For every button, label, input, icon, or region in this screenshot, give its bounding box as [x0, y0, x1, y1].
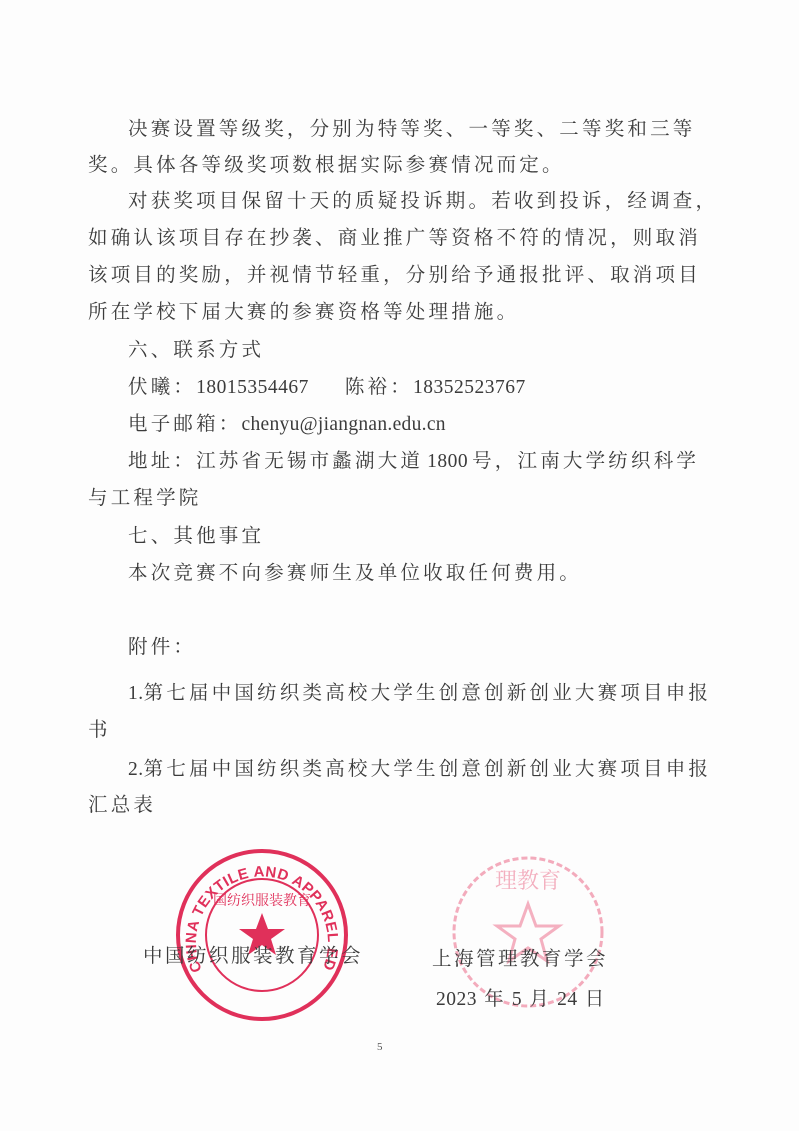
attachments-label: 附件：: [128, 634, 712, 660]
attachment-1-number: 1.: [128, 683, 144, 704]
svg-text:国纺织服装教育: 国纺织服装教育: [213, 892, 311, 909]
attachment-2-line-2: 汇总表: [88, 792, 712, 818]
email-label: 电子邮箱：: [128, 412, 242, 435]
contact1-label: 伏曦：: [128, 375, 196, 398]
document-page: 决赛设置等级奖，分别为特等奖、一等奖、二等奖和三等 奖。具体各等级奖项数根据实际…: [0, 0, 799, 1131]
complaint-paragraph-line-3: 该项目的奖励，并视情节轻重，分别给予通报批评、取消项目: [88, 262, 712, 288]
address-number: 1800: [427, 451, 468, 472]
date-year: 2023: [436, 989, 477, 1010]
seal-china-textile-apparel-education-society-icon: CHINA TEXTILE AND APPAREL EDUCATION SOCI…: [172, 845, 352, 1025]
other-section-text: 本次竞赛不向参赛师生及单位收取任何费用。: [128, 560, 712, 586]
contact-section-heading: 六、联系方式: [128, 337, 712, 363]
contact-address-line-1: 地址：江苏省无锡市蠡湖大道1800号，江南大学纺织科学: [128, 448, 712, 475]
date-day: 24: [557, 989, 578, 1010]
signature-date: 2023 年 5 月 24 日: [436, 983, 605, 1011]
contact2-label: 陈裕：: [345, 375, 413, 398]
other-section-heading: 七、其他事宜: [128, 523, 712, 549]
award-paragraph-line-1: 决赛设置等级奖，分别为特等奖、一等奖、二等奖和三等: [128, 116, 712, 142]
address-label: 地址：江苏省无锡市蠡湖大道: [128, 449, 423, 472]
date-month: 5: [512, 989, 522, 1010]
contact-address-line-2: 与工程学院: [88, 485, 712, 511]
complaint-paragraph-line-1: 对获奖项目保留十天的质疑投诉期。若收到投诉，经调查，: [128, 188, 712, 214]
attachment-2-line-1: 2.第七届中国纺织类高校大学生创意创新创业大赛项目申报: [128, 756, 712, 783]
attachment-1-line-2: 书: [88, 717, 712, 743]
award-paragraph-line-2: 奖。具体各等级奖项数根据实际参赛情况而定。: [88, 152, 712, 178]
signature-org-1: 中国纺织服装教育学会: [143, 940, 363, 968]
date-month-unit: 月: [529, 987, 550, 1010]
signature-org-2: 上海管理教育学会: [432, 943, 608, 971]
svg-text:理教育: 理教育: [495, 869, 561, 894]
attachment-2-number: 2.: [128, 759, 144, 780]
attachment-1-line-1: 1.第七届中国纺织类高校大学生创意创新创业大赛项目申报: [128, 680, 712, 707]
attachment-1-title: 第七届中国纺织类高校大学生创意创新创业大赛项目申报: [144, 681, 712, 704]
date-year-unit: 年: [484, 987, 505, 1010]
contact-email: 电子邮箱：chenyu@jiangnan.edu.cn: [128, 411, 712, 438]
attachment-2-title: 第七届中国纺织类高校大学生创意创新创业大赛项目申报: [144, 757, 712, 780]
contact1-phone: 18015354467: [196, 377, 309, 398]
complaint-paragraph-line-4: 所在学校下届大赛的参赛资格等处理措施。: [88, 299, 712, 325]
page-number: 5: [377, 1041, 383, 1053]
email-address: chenyu@jiangnan.edu.cn: [242, 414, 446, 435]
address-rest: 号，江南大学纺织科学: [472, 449, 699, 472]
date-day-unit: 日: [585, 987, 606, 1010]
contact2-phone: 18352523767: [413, 377, 526, 398]
contact-phones: 伏曦：18015354467陈裕：18352523767: [128, 374, 712, 401]
complaint-paragraph-line-2: 如确认该项目存在抄袭、商业推广等资格不符的情况，则取消: [88, 225, 712, 251]
